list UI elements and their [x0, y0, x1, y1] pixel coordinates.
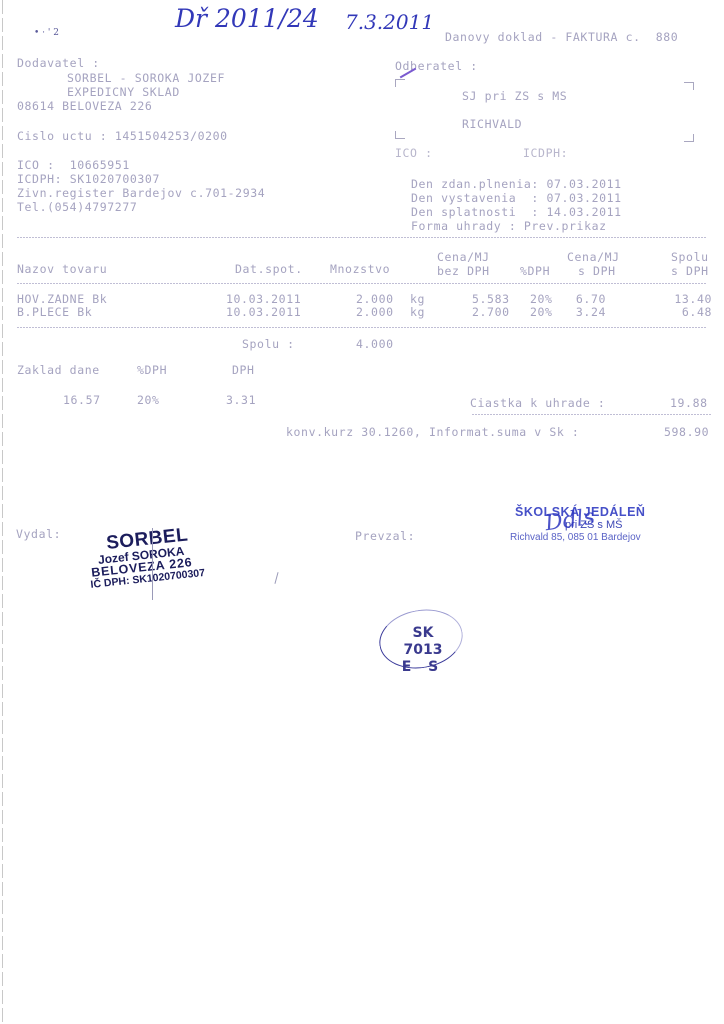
tax-base-value: 16.57 [63, 393, 101, 407]
date-line: Den zdan.plnenia: 07.03.2011 [411, 177, 622, 191]
cell-unit: kg [410, 292, 425, 306]
cell-qty: 2.000 [356, 305, 394, 319]
stamp-line-3: Richvald 85, 085 01 Bardejov [510, 532, 645, 544]
corner-marks: • · ' 2 [34, 28, 59, 38]
cell-total: 6.48 [682, 305, 712, 319]
cell-price-vat: 3.24 [576, 305, 606, 319]
invoice-page: • · ' 2 Dř 2011/24 7.3.2011 Danovy dokla… [0, 0, 724, 1024]
pen-stroke [274, 572, 278, 584]
address-bracket-tl [395, 79, 405, 87]
payment-value: Prev.prikaz [524, 219, 607, 233]
icdph-value: SK1020700307 [70, 172, 160, 186]
customer-icdph-label: ICDPH: [523, 146, 568, 160]
issued-by-label: Vydal: [16, 527, 61, 541]
date-line: Den splatnosti : 14.03.2011 [411, 205, 622, 219]
date-value: : 07.03.2011 [531, 191, 621, 205]
sum-label: Spolu : [242, 337, 295, 351]
address-bracket-tr [684, 82, 694, 90]
amount-due-value: 19.88 [670, 396, 708, 410]
cell-price: 2.700 [472, 305, 510, 319]
separator-line [472, 414, 712, 415]
date-label: Den splatnosti [411, 205, 531, 219]
handwritten-ref-number: Dř 2011/24 [175, 4, 319, 33]
supplier-label: Dodavatel : [17, 56, 100, 70]
handwritten-date: 7.3.2011 [345, 10, 434, 34]
supplier-tel: Tel.(054)4797277 [17, 200, 137, 214]
supplier-name: SORBEL - SOROKA JOZEF [67, 71, 225, 85]
col-header-total-top: Spolu [671, 250, 709, 264]
supplier-dept: EXPEDICNY SKLAD [67, 85, 180, 99]
customer-city: RICHVALD [462, 117, 522, 131]
separator-line [17, 327, 707, 328]
cell-date: 10.03.2011 [226, 292, 301, 306]
separator-line [17, 237, 707, 238]
tax-base-label: Zaklad dane [17, 363, 100, 377]
oval-stamp: SK 7013 E S [391, 625, 455, 675]
pen-stroke [152, 528, 153, 600]
supplier-icdph: ICDPH: SK1020700307 [17, 172, 160, 186]
address-bracket-bl [395, 131, 405, 139]
date-value: : 07.03.2011 [531, 177, 621, 191]
date-label: Den zdan.plnenia [411, 177, 531, 191]
supplier-register: Zivn.register Bardejov c.701-2934 [17, 186, 265, 200]
customer-ico-label: ICO : [395, 146, 433, 160]
cell-price-vat: 6.70 [576, 292, 606, 306]
document-title: Danovy doklad - FAKTURA c. 880 [445, 30, 678, 44]
cell-total: 13.40 [674, 292, 712, 306]
payment-method: Forma uhrady : Prev.prikaz [411, 219, 607, 233]
col-header-price-top: Cena/MJ [437, 250, 490, 264]
supplier-account: Cislo uctu : 1451504253/0200 [17, 129, 228, 143]
scan-edge [2, 0, 3, 1024]
col-header-total-bottom: s DPH [671, 264, 709, 278]
payment-label: Forma uhrady [411, 219, 501, 233]
tax-vat-label: DPH [232, 363, 255, 377]
cell-unit: kg [410, 305, 425, 319]
doc-title-text: Danovy doklad - FAKTURA c. [445, 30, 641, 44]
ico-value: 10665951 [70, 158, 130, 172]
separator-line [17, 283, 707, 284]
tax-pct-value: 20% [137, 393, 160, 407]
supplier-stamp: SORBEL Jozef SOROKA BELOVEZA 226 IČ DPH:… [85, 524, 205, 590]
ico-label: ICO : [17, 158, 55, 172]
tax-vat-value: 3.31 [226, 393, 256, 407]
cell-qty: 2.000 [356, 292, 394, 306]
cell-vat: 20% [530, 305, 553, 319]
cell-name: HOV.ZADNE Bk [17, 292, 107, 306]
oval-stamp-line-2: E S [391, 659, 455, 676]
account-label: Cislo uctu : [17, 129, 107, 143]
invoice-number: 880 [656, 30, 679, 44]
oval-stamp-line-1: SK 7013 [391, 625, 455, 659]
date-label: Den vystavenia [411, 191, 531, 205]
cell-name: B.PLECE Bk [17, 305, 92, 319]
conversion-value: 598.90 [664, 425, 709, 439]
col-header-qty: Mnozstvo [330, 262, 390, 276]
col-header-price-vat-bottom: s DPH [578, 264, 616, 278]
supplier-address: 08614 BELOVEZA 226 [17, 99, 152, 113]
sum-qty: 4.000 [356, 337, 394, 351]
date-line: Den vystavenia : 07.03.2011 [411, 191, 622, 205]
customer-name: SJ pri ZS s MS [462, 89, 567, 103]
col-header-vat: %DPH [520, 264, 550, 278]
supplier-ico: ICO : 10665951 [17, 158, 130, 172]
amount-due-label: Ciastka k uhrade : [470, 396, 605, 410]
tax-pct-label: %DPH [137, 363, 167, 377]
account-number: 1451504253/0200 [115, 129, 228, 143]
col-header-price-bottom: bez DPH [437, 264, 490, 278]
address-bracket-br [684, 134, 694, 142]
cell-price: 5.583 [472, 292, 510, 306]
col-header-name: Nazov tovaru [17, 262, 107, 276]
col-header-date: Dat.spot. [235, 262, 303, 276]
received-by-label: Prevzal: [355, 529, 415, 543]
cell-date: 10.03.2011 [226, 305, 301, 319]
col-header-price-vat-top: Cena/MJ [567, 250, 620, 264]
date-value: : 14.03.2011 [531, 205, 621, 219]
cell-vat: 20% [530, 292, 553, 306]
icdph-label: ICDPH: [17, 172, 62, 186]
conversion-label: konv.kurz 30.1260, Informat.suma v Sk : [286, 425, 579, 439]
